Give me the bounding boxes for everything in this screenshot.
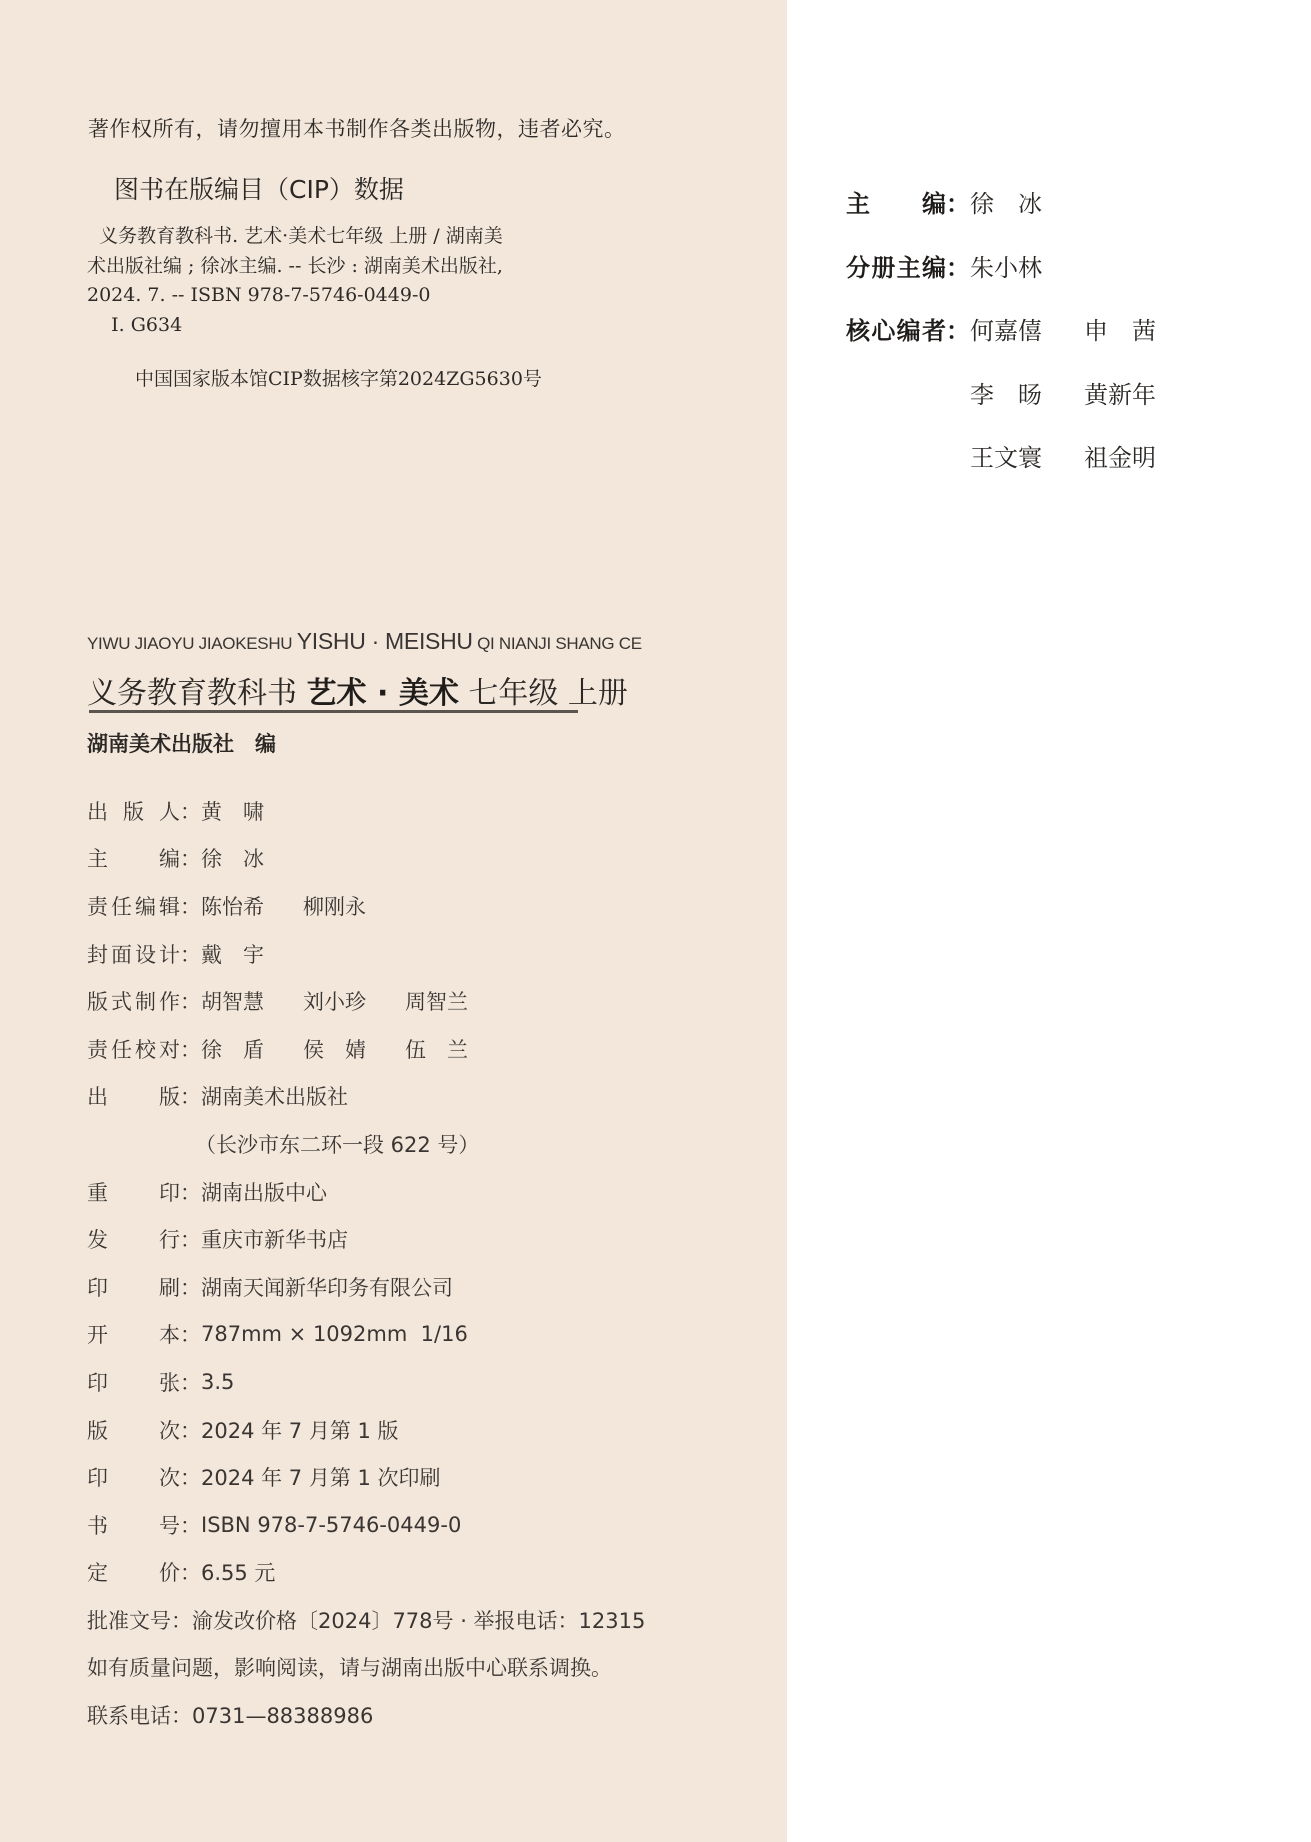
credit-name: 王文寰	[970, 438, 1084, 473]
book-title-pinyin: YIWU JIAOYU JIAOKESHU YISHU · MEISHU QI …	[87, 628, 642, 655]
credit-row-core-authors-cont: 王文寰 祖金明	[846, 424, 1198, 488]
cip-record: 义务教育教科书. 艺术·美术七年级 上册 / 湖南美 术出版社编 ; 徐冰主编.…	[87, 222, 503, 340]
credits-block: 主编： 徐 冰 分册主编： 朱小林 核心编者： 何嘉僖 申 茜 李 旸 黄新年 …	[846, 170, 1198, 488]
credit-name: 朱小林	[970, 248, 1084, 283]
credit-row-core-authors: 核心编者： 何嘉僖 申 茜	[846, 297, 1198, 361]
colophon-row-impression: 印次： 2024 年 7 月第 1 次印刷	[87, 1453, 645, 1501]
colophon-row-proofreading: 责任校对： 徐 盾侯 婧伍 兰	[87, 1025, 645, 1073]
cip-line: 2024. 7. -- ISBN 978-7-5746-0449-0	[87, 281, 503, 311]
cip-line: 术出版社编 ; 徐冰主编. -- 长沙 : 湖南美术出版社,	[87, 252, 503, 282]
approval-line: 批准文号：渝发改价格〔2024〕778号 · 举报电话：12315	[87, 1596, 645, 1644]
colophon: 出版人： 黄 啸 主编： 徐 冰 责任编辑： 陈怡希柳刚永 封面设计： 戴 宇 …	[87, 787, 645, 1739]
colophon-row-layout: 版式制作： 胡智慧刘小珍周智兰	[87, 977, 645, 1025]
credit-row-volume-editor: 分册主编： 朱小林	[846, 234, 1198, 298]
colophon-row-distribution: 发行： 重庆市新华书店	[87, 1215, 645, 1263]
cip-line: 义务教育教科书. 艺术·美术七年级 上册 / 湖南美	[87, 222, 503, 252]
credit-name: 祖金明	[1084, 438, 1198, 473]
colophon-row-publisher-person: 出版人： 黄 啸	[87, 787, 645, 835]
credit-name: 申 茜	[1084, 311, 1198, 346]
credit-label: 主编：	[846, 184, 970, 219]
colophon-row-cover-design: 封面设计： 戴 宇	[87, 930, 645, 978]
credit-name: 徐 冰	[970, 184, 1084, 219]
contact-phone: 联系电话：0731—88388986	[87, 1691, 645, 1739]
credit-label: 分册主编：	[846, 248, 970, 283]
colophon-row-chief-editor: 主编： 徐 冰	[87, 835, 645, 883]
copyright-notice: 著作权所有，请勿擅用本书制作各类出版物，违者必究。	[88, 113, 626, 143]
quality-notice: 如有质量问题，影响阅读，请与湖南出版中心联系调换。	[87, 1644, 645, 1692]
colophon-row-isbn: 书号： ISBN 978-7-5746-0449-0	[87, 1501, 645, 1549]
colophon-row-responsible-editors: 责任编辑： 陈怡希柳刚永	[87, 882, 645, 930]
colophon-row-format: 开本： 787mm × 1092mm 1/16	[87, 1311, 645, 1359]
cip-line: Ⅰ. G634	[87, 311, 503, 341]
book-title: 义务教育教科书 艺术 · 美术 七年级 上册	[87, 668, 628, 712]
credit-label: 核心编者：	[846, 311, 970, 346]
credit-name: 黄新年	[1084, 375, 1198, 410]
cip-record-number: 中国国家版本馆CIP数据核字第2024ZG5630号	[135, 364, 542, 391]
credit-name: 何嘉僖	[970, 311, 1084, 346]
colophon-row-edition: 版次： 2024 年 7 月第 1 版	[87, 1406, 645, 1454]
cip-title: 图书在版编目（CIP）数据	[114, 170, 404, 206]
colophon-row-printing: 印刷： 湖南天闻新华印务有限公司	[87, 1263, 645, 1311]
editor-line: 湖南美术出版社 编	[87, 728, 276, 758]
colophon-row-publisher: 出版： 湖南美术出版社	[87, 1073, 645, 1121]
credit-row-chief-editor: 主编： 徐 冰	[846, 170, 1198, 234]
colophon-row-sheets: 印张： 3.5	[87, 1358, 645, 1406]
colophon-row-price: 定价： 6.55 元	[87, 1549, 645, 1597]
title-underline	[89, 710, 578, 713]
colophon-row-address: （长沙市东二环一段 622 号）	[87, 1120, 645, 1168]
credit-row-core-authors-cont: 李 旸 黄新年	[846, 361, 1198, 425]
colophon-row-reprint: 重印： 湖南出版中心	[87, 1168, 645, 1216]
credit-name: 李 旸	[970, 375, 1084, 410]
